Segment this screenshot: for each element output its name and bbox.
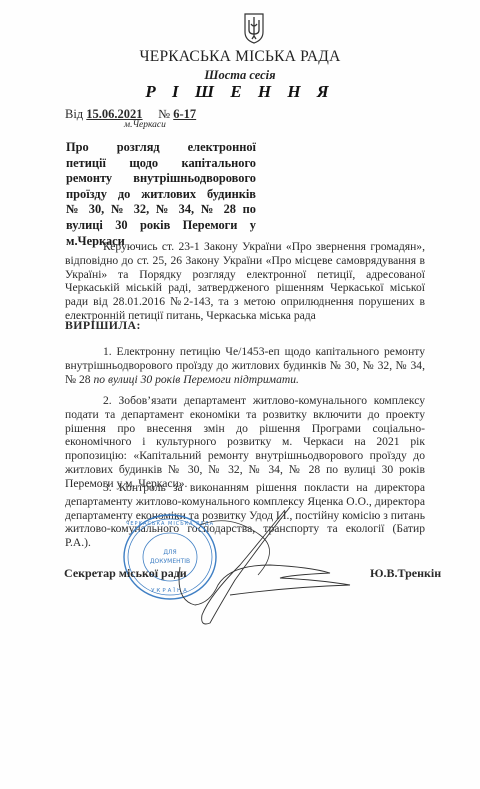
subject-block: Про розгляд електронної петиції щодо кап…	[66, 140, 256, 249]
date-prefix: Від	[65, 107, 83, 121]
subject-line: № 30, № 32, № 34, № 28 по	[66, 202, 256, 218]
trident-coat-of-arms-icon	[243, 12, 265, 44]
decision-number: 6-17	[173, 107, 196, 121]
document-page: ЧЕРКАСЬКА МІСЬКА РАДА Шоста сесія Р І Ш …	[0, 0, 480, 789]
subject-line: Про розгляд електронної	[66, 140, 256, 156]
decided-label: ВИРІШИЛА:	[65, 318, 141, 333]
signatory-position: Секретар міської ради	[64, 566, 187, 581]
point-2: 2. Зобов’язати департамент житлово-комун…	[65, 394, 425, 491]
subject-line: вулиці 30 років Перемоги у	[66, 218, 256, 234]
subject-line: проїзду до житлових будинків	[66, 187, 256, 203]
number-prefix: №	[158, 107, 170, 121]
signatory-name: Ю.В.Тренкін	[370, 566, 441, 581]
subject-line: ремонту внутрішньодворового	[66, 171, 256, 187]
subject-line: петиції щодо капітального	[66, 156, 256, 172]
session-label: Шоста сесія	[0, 68, 480, 83]
decision-date: 15.06.2021	[86, 107, 142, 121]
handwritten-signature-icon	[140, 505, 360, 625]
point-2-text: 2. Зобов’язати департамент житлово-комун…	[65, 394, 425, 490]
point-1: 1. Електронну петицію Че/1453-еп щодо ка…	[65, 345, 425, 386]
council-name: ЧЕРКАСЬКА МІСЬКА РАДА	[0, 48, 480, 66]
point-1-italic-text: по вулиці 30 років Перемоги підтримати.	[93, 373, 299, 386]
preamble-paragraph: Керуючись ст. 23-1 Закону України «Про з…	[65, 240, 425, 323]
city: м.Черкаси	[124, 120, 166, 130]
document-title: Р І Ш Е Н Н Я	[0, 82, 480, 102]
